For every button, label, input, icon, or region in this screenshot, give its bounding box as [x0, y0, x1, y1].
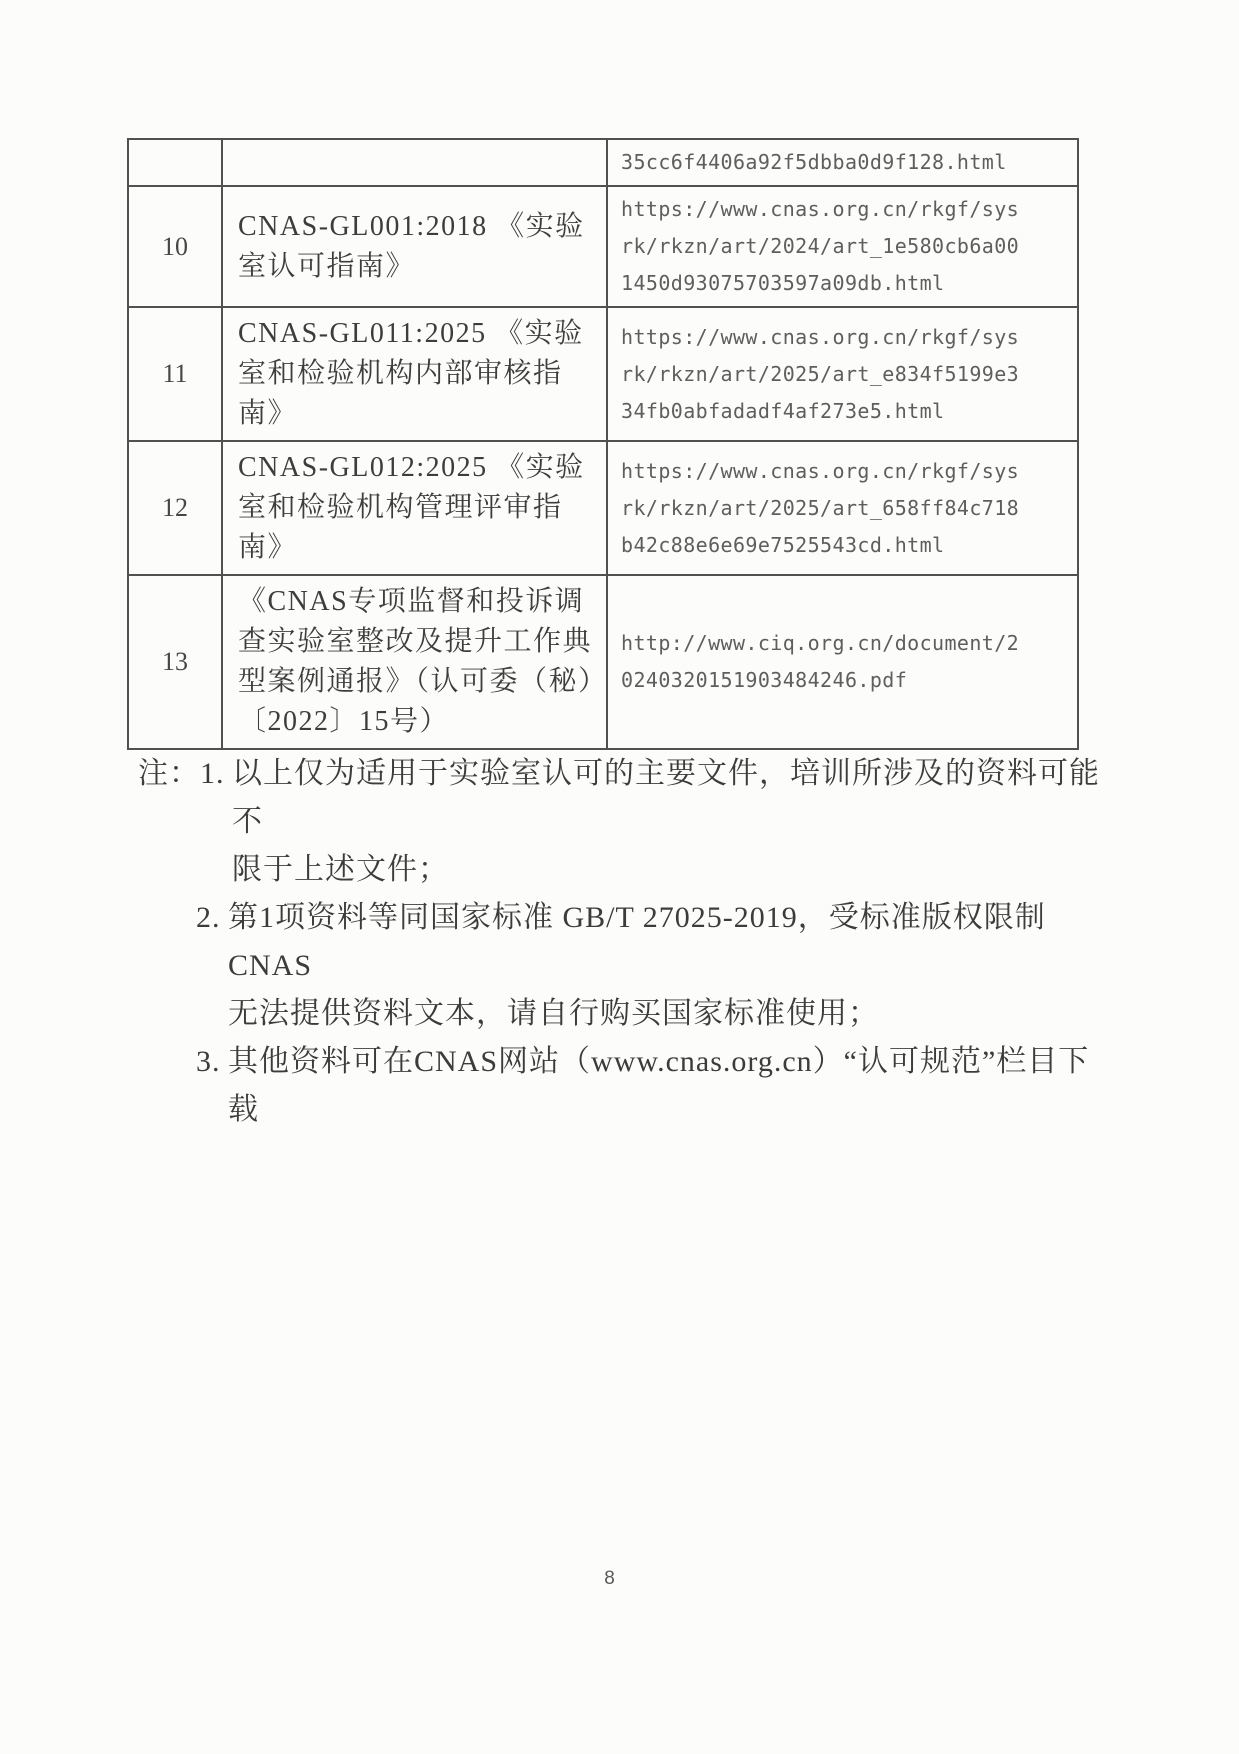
url-cell: https://www.cnas.org.cn/rkgf/sys rk/rkzn… — [607, 186, 1078, 307]
table-row: 13 《CNAS专项监督和投诉调查实验室整改及提升工作典型案例通报》（认可委（秘… — [128, 575, 1078, 749]
url-cell: 35cc6f4406a92f5dbba0d9f128.html — [607, 139, 1078, 186]
scanned-document-page: 35cc6f4406a92f5dbba0d9f128.html 10 CNAS-… — [0, 0, 1239, 1754]
document-title-cell: CNAS-GL011:2025 《实验室和检验机构内部审核指南》 — [222, 307, 607, 441]
url-line: 1450d93075703597a09db.html — [621, 265, 1071, 302]
note-line: 限于上述文件； — [232, 846, 1103, 894]
notes-label: 注： — [138, 750, 200, 798]
row-number-cell: 13 — [128, 575, 222, 749]
url-line: 34fb0abfadadf4af273e5.html — [621, 393, 1071, 430]
url-line: https://www.cnas.org.cn/rkgf/sys — [621, 191, 1071, 228]
note-item-3: 3. 其他资料可在CNAS网站（www.cnas.org.cn）“认可规范”栏目… — [138, 1038, 1103, 1134]
url-line: https://www.cnas.org.cn/rkgf/sys — [621, 319, 1071, 356]
url-cell: https://www.cnas.org.cn/rkgf/sys rk/rkzn… — [607, 307, 1078, 441]
url-line: b42c88e6e69e7525543cd.html — [621, 527, 1071, 564]
page-number: 8 — [0, 1568, 1219, 1590]
table-row-continuation: 35cc6f4406a92f5dbba0d9f128.html — [128, 139, 1078, 186]
row-number-cell: 12 — [128, 441, 222, 575]
table-row: 12 CNAS-GL012:2025 《实验室和检验机构管理评审指南》 http… — [128, 441, 1078, 575]
note-item-1: 注： 1. 以上仅为适用于实验室认可的主要文件，培训所涉及的资料可能不 限于上述… — [138, 750, 1103, 894]
row-number-cell: 11 — [128, 307, 222, 441]
document-title-cell — [222, 139, 607, 186]
document-title-cell: 《CNAS专项监督和投诉调查实验室整改及提升工作典型案例通报》（认可委（秘）〔2… — [222, 575, 607, 749]
document-title-cell: CNAS-GL001:2018 《实验室认可指南》 — [222, 186, 607, 307]
url-line: https://www.cnas.org.cn/rkgf/sys — [621, 453, 1071, 490]
note-text: 其他资料可在CNAS网站（www.cnas.org.cn）“认可规范”栏目下载 — [228, 1038, 1103, 1134]
note-line: 第1项资料等同国家标准 GB/T 27025-2019，受标准版权限制CNAS — [228, 894, 1103, 990]
note-number: 2. — [196, 894, 228, 942]
document-title-cell: CNAS-GL012:2025 《实验室和检验机构管理评审指南》 — [222, 441, 607, 575]
url-line: 35cc6f4406a92f5dbba0d9f128.html — [621, 144, 1071, 181]
url-cell: http://www.ciq.org.cn/document/2 0240320… — [607, 575, 1078, 749]
url-cell: https://www.cnas.org.cn/rkgf/sys rk/rkzn… — [607, 441, 1078, 575]
note-line: 以上仅为适用于实验室认可的主要文件，培训所涉及的资料可能不 — [232, 750, 1103, 846]
url-line: rk/rkzn/art/2025/art_658ff84c718 — [621, 490, 1071, 527]
note-text: 第1项资料等同国家标准 GB/T 27025-2019，受标准版权限制CNAS … — [228, 894, 1103, 1038]
note-line: 其他资料可在CNAS网站（www.cnas.org.cn）“认可规范”栏目下载 — [228, 1038, 1103, 1134]
table-row: 10 CNAS-GL001:2018 《实验室认可指南》 https://www… — [128, 186, 1078, 307]
url-line: rk/rkzn/art/2024/art_1e580cb6a00 — [621, 228, 1071, 265]
url-line: 0240320151903484246.pdf — [621, 662, 1071, 699]
note-number: 3. — [196, 1038, 228, 1086]
note-text: 以上仅为适用于实验室认可的主要文件，培训所涉及的资料可能不 限于上述文件； — [232, 750, 1103, 894]
url-line: rk/rkzn/art/2025/art_e834f5199e3 — [621, 356, 1071, 393]
note-line: 无法提供资料文本，请自行购买国家标准使用； — [228, 990, 1103, 1038]
row-number-cell: 10 — [128, 186, 222, 307]
note-number: 1. — [200, 750, 232, 798]
url-line: http://www.ciq.org.cn/document/2 — [621, 625, 1071, 662]
note-item-2: 2. 第1项资料等同国家标准 GB/T 27025-2019，受标准版权限制CN… — [138, 894, 1103, 1038]
row-number-cell — [128, 139, 222, 186]
reference-documents-table: 35cc6f4406a92f5dbba0d9f128.html 10 CNAS-… — [127, 138, 1079, 750]
table-row: 11 CNAS-GL011:2025 《实验室和检验机构内部审核指南》 http… — [128, 307, 1078, 441]
notes-section: 注： 1. 以上仅为适用于实验室认可的主要文件，培训所涉及的资料可能不 限于上述… — [138, 750, 1103, 1134]
